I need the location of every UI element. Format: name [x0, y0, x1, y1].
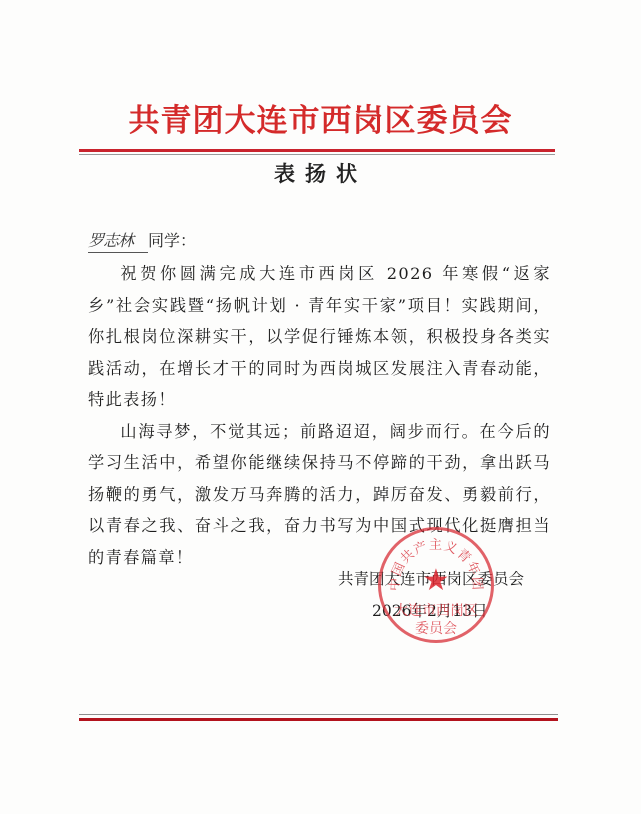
body-paragraph-2: 山海寻梦，不觉其远；前路迢迢，阔步而行。在今后的学习生活中，希望你能继续保持马不…	[88, 416, 551, 574]
document-title: 表扬状	[0, 160, 641, 188]
organization-title: 共青团大连市西岗区委员会	[0, 103, 641, 139]
seal-bottom-line-2: 委员会	[381, 620, 491, 638]
header-red-rule	[79, 149, 555, 152]
body-paragraph-1: 祝贺你圆满完成大连市西岗区 2026 年寒假“返家乡”社会实践暨“扬帆计划 · …	[88, 258, 551, 416]
salutation: 罗志林同学：	[88, 230, 196, 253]
commendation-body: 祝贺你圆满完成大连市西岗区 2026 年寒假“返家乡”社会实践暨“扬帆计划 · …	[88, 258, 551, 573]
footer-grey-rule	[79, 714, 558, 715]
header-grey-rule	[79, 154, 555, 155]
issuer-signature: 共青团大连市西岗区委员会	[338, 568, 524, 590]
handwritten-recipient-name: 罗志林	[88, 230, 148, 253]
issue-date: 2026年2月13日	[372, 600, 488, 622]
salutation-suffix: 同学：	[148, 231, 196, 250]
footer-red-rule	[79, 718, 558, 721]
